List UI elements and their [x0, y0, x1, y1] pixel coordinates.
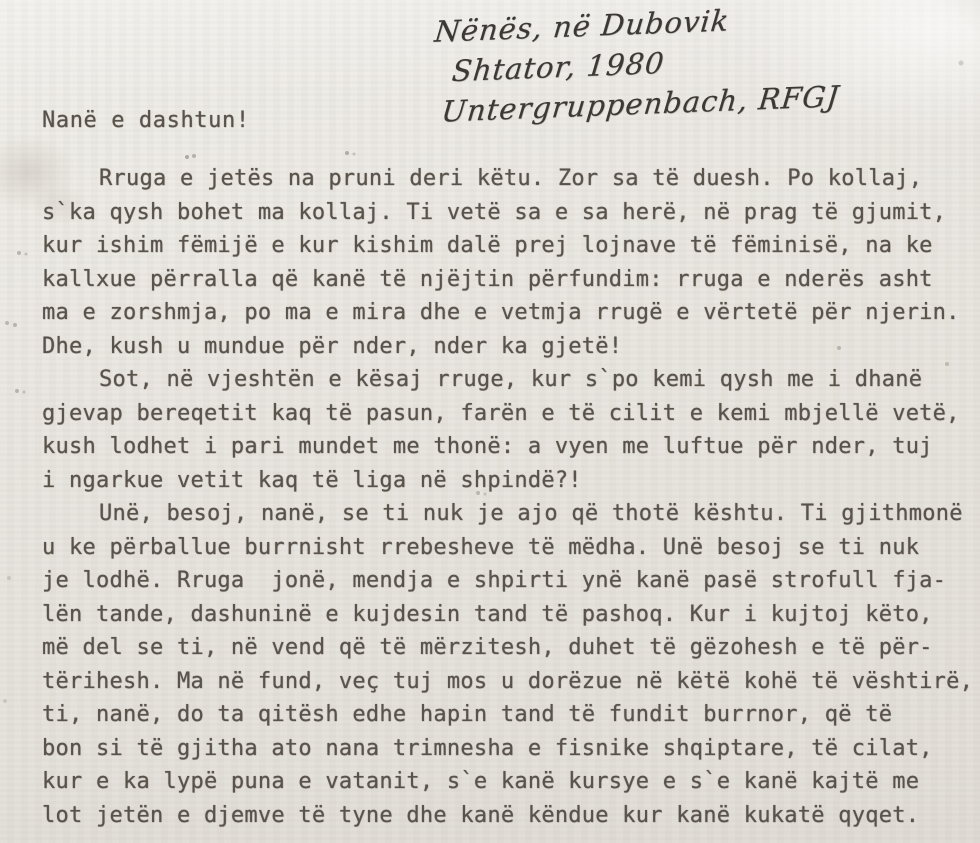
- letter-line: Sot, në vjeshtën e kësaj rruge, kur s`po…: [42, 363, 972, 397]
- letter-line: kush lodhet i pari mundet me thonë: a vy…: [42, 430, 972, 464]
- letter-line: je lodhë. Rruga jonë, mendja e shpirti y…: [42, 564, 972, 598]
- handwritten-annotation: Nënës, në Dubovik Shtator, 1980 Untergru…: [434, 0, 840, 132]
- letter-line: gjevap bereqetit kaq të pasun, farën e t…: [42, 397, 972, 431]
- salutation: Nanë e dashtun!: [42, 108, 250, 133]
- letter-line: lot jetën e djemve të tyne dhe kanë kënd…: [42, 799, 972, 833]
- letter-line: Dhe, kush u mundue për nder, nder ka gje…: [42, 330, 972, 364]
- letter-line: Rruga e jetës na pruni deri këtu. Zor sa…: [42, 162, 972, 196]
- letter-line: ma e zorshmja, po ma e mira dhe e vetmja…: [42, 296, 972, 330]
- letter-line: i ngarkue vetit kaq të liga në shpindë?!: [42, 464, 972, 498]
- letter-line: s`ka qysh bohet ma kollaj. Ti vetë sa e …: [42, 196, 972, 230]
- letter-line: tërihesh. Ma në fund, veç tuj mos u dorë…: [42, 665, 972, 699]
- letter-line: më del se ti, në vend që të mërzitesh, d…: [42, 631, 972, 665]
- paper-crease: [879, 0, 980, 107]
- letter-line: u ke përballue burrnisht rrebesheve të m…: [42, 531, 972, 565]
- letter-line: kur ishim fëmijë e kur kishim dalë prej …: [42, 229, 972, 263]
- letter-page: Nënës, në Dubovik Shtator, 1980 Untergru…: [0, 0, 980, 843]
- letter-line: ti, nanë, do ta qitësh edhe hapin tand t…: [42, 698, 972, 732]
- letter-body: Rruga e jetës na pruni deri këtu. Zor sa…: [42, 162, 972, 832]
- letter-line: Unë, besoj, nanë, se ti nuk je ajo që th…: [42, 497, 972, 531]
- letter-line: bon si të gjitha ato nana trimnesha e fi…: [42, 732, 972, 766]
- letter-line: kur e ka lypë puna e vatanit, s`e kanë k…: [42, 765, 972, 799]
- letter-line: kallxue përralla që kanë të njëjtin përf…: [42, 263, 972, 297]
- letter-line: lën tande, dashuninë e kujdesin tand të …: [42, 598, 972, 632]
- scan-specks: [0, 0, 2, 2]
